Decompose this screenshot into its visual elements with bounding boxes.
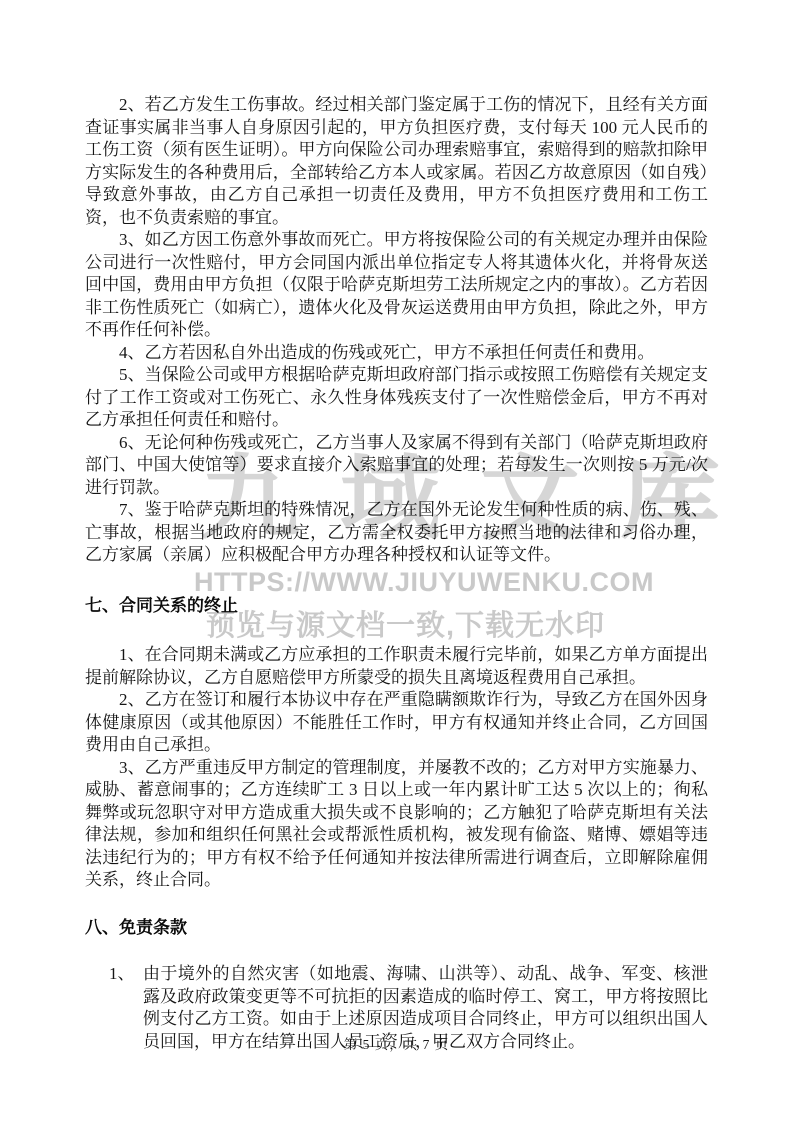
document-body: 2、若乙方发生工伤事故。经过相关部门鉴定属于工伤的情况下，且经有关方面查证事实属…	[85, 94, 708, 1053]
section7-clause-3: 3、乙方严重违反甲方制定的管理制度，并屡教不改的；乙方对甲方实施暴力、威胁、蓄意…	[85, 757, 708, 892]
section-7-heading: 七、合同关系的终止	[85, 595, 708, 618]
clause-5-compensation-paid: 5、当保险公司或甲方根据哈萨克斯坦政府部门指示或按照工伤赔偿有关规定支付了工作工…	[85, 364, 708, 432]
clause-4-unauthorized-outing: 4、乙方若因私自外出造成的伤残或死亡，甲方不承担任何责任和费用。	[85, 342, 708, 365]
clause-2-work-injury: 2、若乙方发生工伤事故。经过相关部门鉴定属于工伤的情况下，且经有关方面查证事实属…	[85, 94, 708, 229]
section7-clause-1: 1、在合同期未满或乙方应承担的工作职责未履行完毕前，如果乙方单方面提出提前解除协…	[85, 644, 708, 689]
clause-3-death-accident: 3、如乙方因工伤意外事故而死亡。甲方将按保险公司的有关规定办理并由保险公司进行一…	[85, 229, 708, 342]
contract-document-page: 九域文库 HTTPS://WWW.JIUYUWENKU.COM 预览与源文档一致…	[0, 0, 793, 1122]
list-item-number: 1、	[109, 963, 135, 986]
section-8-heading: 八、免责条款	[85, 917, 708, 940]
clause-7-authorization: 7、鉴于哈萨克斯坦的特殊情况，乙方在国外无论发生何种性质的病、伤、残、亡事故，根…	[85, 499, 708, 567]
page-number-footer: 第 5 页，共 7 页	[0, 1036, 793, 1054]
clause-6-no-third-party-claims: 6、无论何种伤残或死亡，乙方当事人及家属不得到有关部门（哈萨克斯坦政府部门、中国…	[85, 432, 708, 500]
section7-clause-2: 2、乙方在签订和履行本协议中存在严重隐瞒额欺诈行为，导致乙方在国外因身体健康原因…	[85, 689, 708, 757]
